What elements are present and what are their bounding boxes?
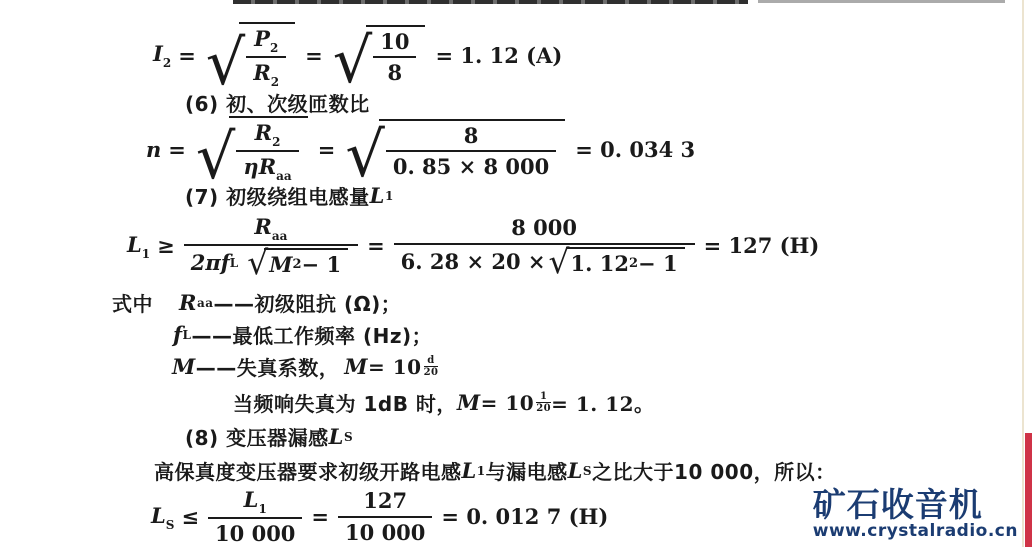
var-M: M	[457, 390, 481, 415]
equals-sign: =	[311, 504, 329, 529]
square-root: √ P2 R2	[206, 22, 295, 88]
square-root: √ R2 ηRaa	[196, 116, 308, 182]
heading-8-label: (8) 变压器漏感	[185, 422, 329, 451]
exponent-numerator: d	[424, 355, 439, 368]
denominator: 10 000	[208, 519, 302, 546]
exponent-fraction: d20	[424, 355, 439, 379]
denominator: 10 000	[338, 518, 432, 545]
var-R-sub: 2	[271, 75, 279, 89]
var-L: L	[370, 183, 385, 208]
exponent-fraction: 120	[536, 391, 551, 415]
var-eta: η	[243, 154, 258, 179]
var-P-sub: 2	[270, 41, 278, 55]
var-L: L	[151, 503, 166, 528]
fraction: 127 10 000	[338, 488, 432, 544]
less-equal-sign: ≤	[181, 504, 199, 529]
var-R-sub: 2	[272, 135, 280, 149]
m-condition-text: 当频响失真为 1dB 时，	[233, 388, 457, 417]
var-R: R	[179, 290, 197, 315]
fraction: R2 ηRaa	[236, 120, 298, 182]
equation-result: = 0. 034 3	[575, 137, 695, 162]
clipped-text-remnant-left	[233, 0, 748, 4]
square-root: √ 10 8	[333, 25, 426, 85]
equation-result: = 127 (H)	[704, 233, 820, 258]
where-raa-description: ——初级阻抗 (Ω)；	[214, 288, 402, 317]
square-root: √ 8 0. 85 × 8 000	[345, 119, 565, 179]
var-M: M	[172, 354, 196, 379]
body-text: 高保真度变压器要求初级开路电感 L1 与漏电感 LS 之比大于10 000，所以…	[154, 456, 836, 485]
var-L-sub: 1	[142, 247, 150, 261]
var-I-sub: 2	[163, 56, 171, 70]
page-edge-red-stripe	[1025, 433, 1032, 547]
fraction: 8 000 6. 28 × 20 × √1. 122 − 1	[394, 215, 695, 275]
where-label: 式中	[112, 288, 153, 317]
numerator: 10	[373, 29, 416, 58]
minus-one: − 1	[638, 251, 678, 276]
heading-6: (6) 初、次级匝数比	[185, 88, 370, 117]
var-L-sub: 1	[385, 190, 394, 202]
equals-sign: =	[367, 233, 385, 258]
var-L: L	[127, 232, 142, 257]
equation-n: n = √ R2 ηRaa = √ 8 0. 85 × 8 000 = 0. 0…	[146, 116, 695, 182]
document-page: I2 = √ P2 R2 = √ 10 8 = 1. 12 (A) (6) 初、…	[0, 0, 1032, 547]
equation-result: = 0. 012 7 (H)	[441, 504, 608, 529]
m-value-line: 当频响失真为 1dB 时， M = 10 120 = 1. 12。	[233, 388, 655, 417]
denominator: 0. 85 × 8 000	[386, 152, 556, 179]
equation-i2: I2 = √ P2 R2 = √ 10 8 = 1. 12 (A)	[153, 22, 562, 88]
var-L-sub-S: S	[166, 518, 175, 532]
term-2pif: 2πf	[191, 250, 230, 275]
var-f-sub: L	[230, 257, 238, 269]
var-f: f	[173, 322, 183, 347]
var-R: R	[255, 120, 272, 145]
fraction: P2 R2	[246, 26, 286, 88]
var-L-sub: 1	[477, 465, 486, 477]
watermark-title: 矿石收音机	[813, 488, 983, 523]
var-M: M	[269, 252, 292, 277]
var-M: M	[344, 354, 368, 379]
var-R: R	[253, 60, 270, 85]
exponent-2: 2	[629, 257, 638, 270]
greater-equal-sign: ≥	[157, 233, 175, 258]
where-clause-raa: 式中 Raa ——初级阻抗 (Ω)；	[112, 288, 401, 317]
heading-7: (7) 初级绕组电感量 L1	[185, 181, 394, 210]
var-R: R	[254, 214, 271, 239]
exponent-denominator: 20	[424, 367, 439, 379]
numerator: 8 000	[394, 215, 695, 244]
denominator: 8	[373, 58, 416, 85]
numerator: 127	[338, 488, 432, 517]
var-L: L	[462, 458, 477, 483]
page-edge-line	[1022, 0, 1024, 547]
var-L: L	[244, 487, 259, 512]
equation-l1: L1 ≥ Raa 2πfL √M2 − 1 = 8 000 6. 28 × 20…	[127, 214, 819, 277]
fraction: L1 10 000	[208, 487, 302, 546]
var-L-sub: 1	[258, 502, 266, 516]
equals-ten: = 10	[481, 391, 535, 415]
var-L-sub-S: S	[344, 431, 353, 443]
var-L: L	[329, 424, 344, 449]
minus-one: − 1	[302, 252, 342, 277]
var-R: R	[259, 154, 276, 179]
equals-sign: =	[318, 137, 336, 162]
var-R-sub-aa: aa	[272, 229, 288, 243]
exponent-numerator: 1	[536, 391, 551, 404]
fraction: Raa 2πfL √M2 − 1	[184, 214, 358, 277]
heading-6-label: (6) 初、次级匝数比	[185, 88, 370, 117]
m-result: = 1. 12。	[551, 388, 654, 417]
fraction: 8 0. 85 × 8 000	[386, 123, 556, 179]
clipped-text-remnant-right	[758, 0, 1005, 3]
watermark-url: www.crystalradio.cn	[813, 522, 1018, 541]
equals-sign: =	[305, 43, 323, 68]
equals-sign: =	[178, 43, 196, 68]
fraction: 10 8	[373, 29, 416, 85]
body-text-rest: 之比大于10 000，所以：	[592, 456, 836, 485]
var-L: L	[568, 458, 583, 483]
equals-sign: =	[168, 137, 186, 162]
where-clause-m: M ——失真系数， M = 10 d20	[172, 352, 438, 381]
denominator-factors: 6. 28 × 20 ×	[401, 249, 546, 274]
var-f-sub: L	[183, 329, 192, 341]
exponent-denominator: 20	[536, 403, 551, 415]
body-text-pre: 高保真度变压器要求初级开路电感	[154, 456, 462, 485]
var-I: I	[153, 41, 163, 66]
square-root: √M2 − 1	[247, 248, 348, 277]
var-R-sub-aa: aa	[197, 297, 214, 309]
var-L-sub-S: S	[583, 465, 592, 477]
square-root: √1. 122 − 1	[548, 247, 684, 276]
numerator: 8	[386, 123, 556, 152]
where-clause-fl: fL ——最低工作频率 (Hz)；	[173, 320, 432, 349]
body-text-mid: 与漏电感	[486, 456, 568, 485]
var-n: n	[146, 137, 161, 162]
radicand-base: 1. 12	[571, 251, 629, 276]
var-P: P	[254, 26, 270, 51]
equals-ten: = 10	[368, 355, 422, 379]
watermark: 矿石收音机 www.crystalradio.cn	[813, 488, 1018, 541]
equation-result: = 1. 12 (A)	[435, 43, 562, 68]
heading-7-label: (7) 初级绕组电感量	[185, 181, 370, 210]
equation-ls: LS ≤ L1 10 000 = 127 10 000 = 0. 012 7 (…	[151, 487, 608, 546]
where-m-description: ——失真系数，	[196, 352, 340, 381]
where-fl-description: ——最低工作频率 (Hz)；	[191, 320, 432, 349]
heading-8: (8) 变压器漏感 LS	[185, 422, 353, 451]
exponent-2: 2	[292, 258, 301, 271]
